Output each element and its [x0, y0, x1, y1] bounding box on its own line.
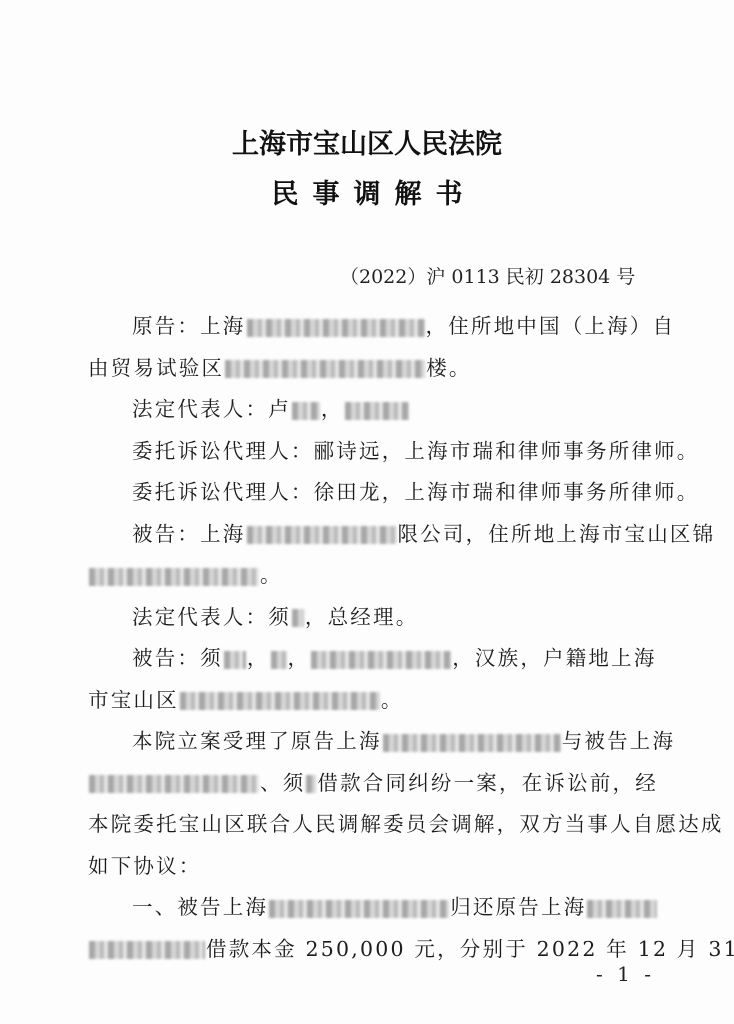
defendant-representative-line: 法定代表人：须，总经理。 — [88, 597, 648, 639]
agreement-item-1-line-1: 一、被告上海归还原告上海 — [88, 887, 648, 929]
text: 法定代表人：卢 — [132, 397, 291, 421]
text: 与被告上海 — [562, 729, 676, 753]
case-summary-line-3: 本院委托宝山区联合人民调解委员会调解，双方当事人自愿达成 — [88, 804, 648, 846]
case-number: （2022）沪 0113 民初 28304 号 — [340, 262, 635, 289]
redacted-text — [292, 402, 320, 420]
redacted-text — [225, 360, 425, 378]
text: 由贸易试验区 — [88, 356, 224, 380]
case-summary-line-1: 本院立案受理了原告上海与被告上海 — [88, 721, 648, 763]
document-type-title: 民事调解书 — [0, 172, 734, 211]
text: 一、被告上海 — [132, 895, 268, 919]
redacted-text — [89, 775, 259, 793]
text: 归还原告上海 — [450, 895, 586, 919]
court-name: 上海市宝山区人民法院 — [0, 122, 734, 161]
redacted-text — [247, 526, 397, 544]
text: 、须 — [260, 771, 305, 795]
redacted-text — [89, 568, 259, 586]
text: ， — [247, 646, 270, 670]
redacted-text — [345, 402, 409, 420]
text: 限公司，住所地上海市宝山区锦 — [398, 522, 716, 546]
text: 被告：须 — [132, 646, 223, 670]
redacted-text — [306, 775, 316, 793]
redacted-text — [383, 734, 561, 752]
plaintiff-line-2: 由贸易试验区楼。 — [88, 348, 648, 390]
text: ，总经理。 — [305, 605, 419, 629]
case-summary-line-2: 、须借款合同纠纷一案，在诉讼前，经 — [88, 763, 648, 805]
redacted-text — [587, 900, 657, 918]
text: 原告：上海 — [132, 314, 246, 338]
defendant-company-line-1: 被告：上海限公司，住所地上海市宝山区锦 — [88, 514, 648, 556]
redacted-text — [271, 651, 287, 669]
defendant-person-line-1: 被告：须，，，汉族，户籍地上海 — [88, 638, 648, 680]
plaintiff-line-1: 原告：上海，住所地中国（上海）自 — [88, 306, 648, 348]
redacted-text — [89, 941, 205, 959]
text: 借款本金 250,000 元，分别于 2022 年 12 月 31 日前 — [206, 937, 734, 961]
text: 借款合同纠纷一案，在诉讼前，经 — [317, 771, 658, 795]
text: ， — [288, 646, 311, 670]
text: ， — [321, 397, 344, 421]
agent-line-2: 委托诉讼代理人：徐田龙，上海市瑞和律师事务所律师。 — [88, 472, 648, 514]
document-page: 上海市宝山区人民法院 民事调解书 （2022）沪 0113 民初 28304 号… — [0, 0, 734, 1024]
text: 被告：上海 — [132, 522, 246, 546]
agent-line-1: 委托诉讼代理人：郦诗远，上海市瑞和律师事务所律师。 — [88, 431, 648, 473]
plaintiff-representative-line: 法定代表人：卢， — [88, 389, 648, 431]
text: ，住所地中国（上海）自 — [426, 314, 676, 338]
redacted-text — [311, 651, 451, 669]
page-number: - 1 - — [596, 962, 655, 986]
defendant-company-line-2: 。 — [88, 555, 648, 597]
redacted-text — [269, 900, 449, 918]
text: 市宝山区 — [88, 688, 179, 712]
text: ，汉族，户籍地上海 — [452, 646, 656, 670]
redacted-text — [180, 692, 380, 710]
redacted-text — [247, 319, 425, 337]
agreement-item-1-line-2: 借款本金 250,000 元，分别于 2022 年 12 月 31 日前 — [88, 929, 648, 971]
case-summary-line-4: 如下协议： — [88, 846, 648, 888]
redacted-text — [224, 651, 246, 669]
defendant-person-line-2: 市宝山区。 — [88, 680, 648, 722]
redacted-text — [292, 609, 304, 627]
text: 法定代表人：须 — [132, 605, 291, 629]
text: 楼。 — [426, 356, 471, 380]
text: 。 — [381, 688, 404, 712]
text: 本院立案受理了原告上海 — [132, 729, 382, 753]
document-body: 原告：上海，住所地中国（上海）自 由贸易试验区楼。 法定代表人：卢， 委托诉讼代… — [88, 306, 648, 970]
text: 。 — [260, 563, 283, 587]
